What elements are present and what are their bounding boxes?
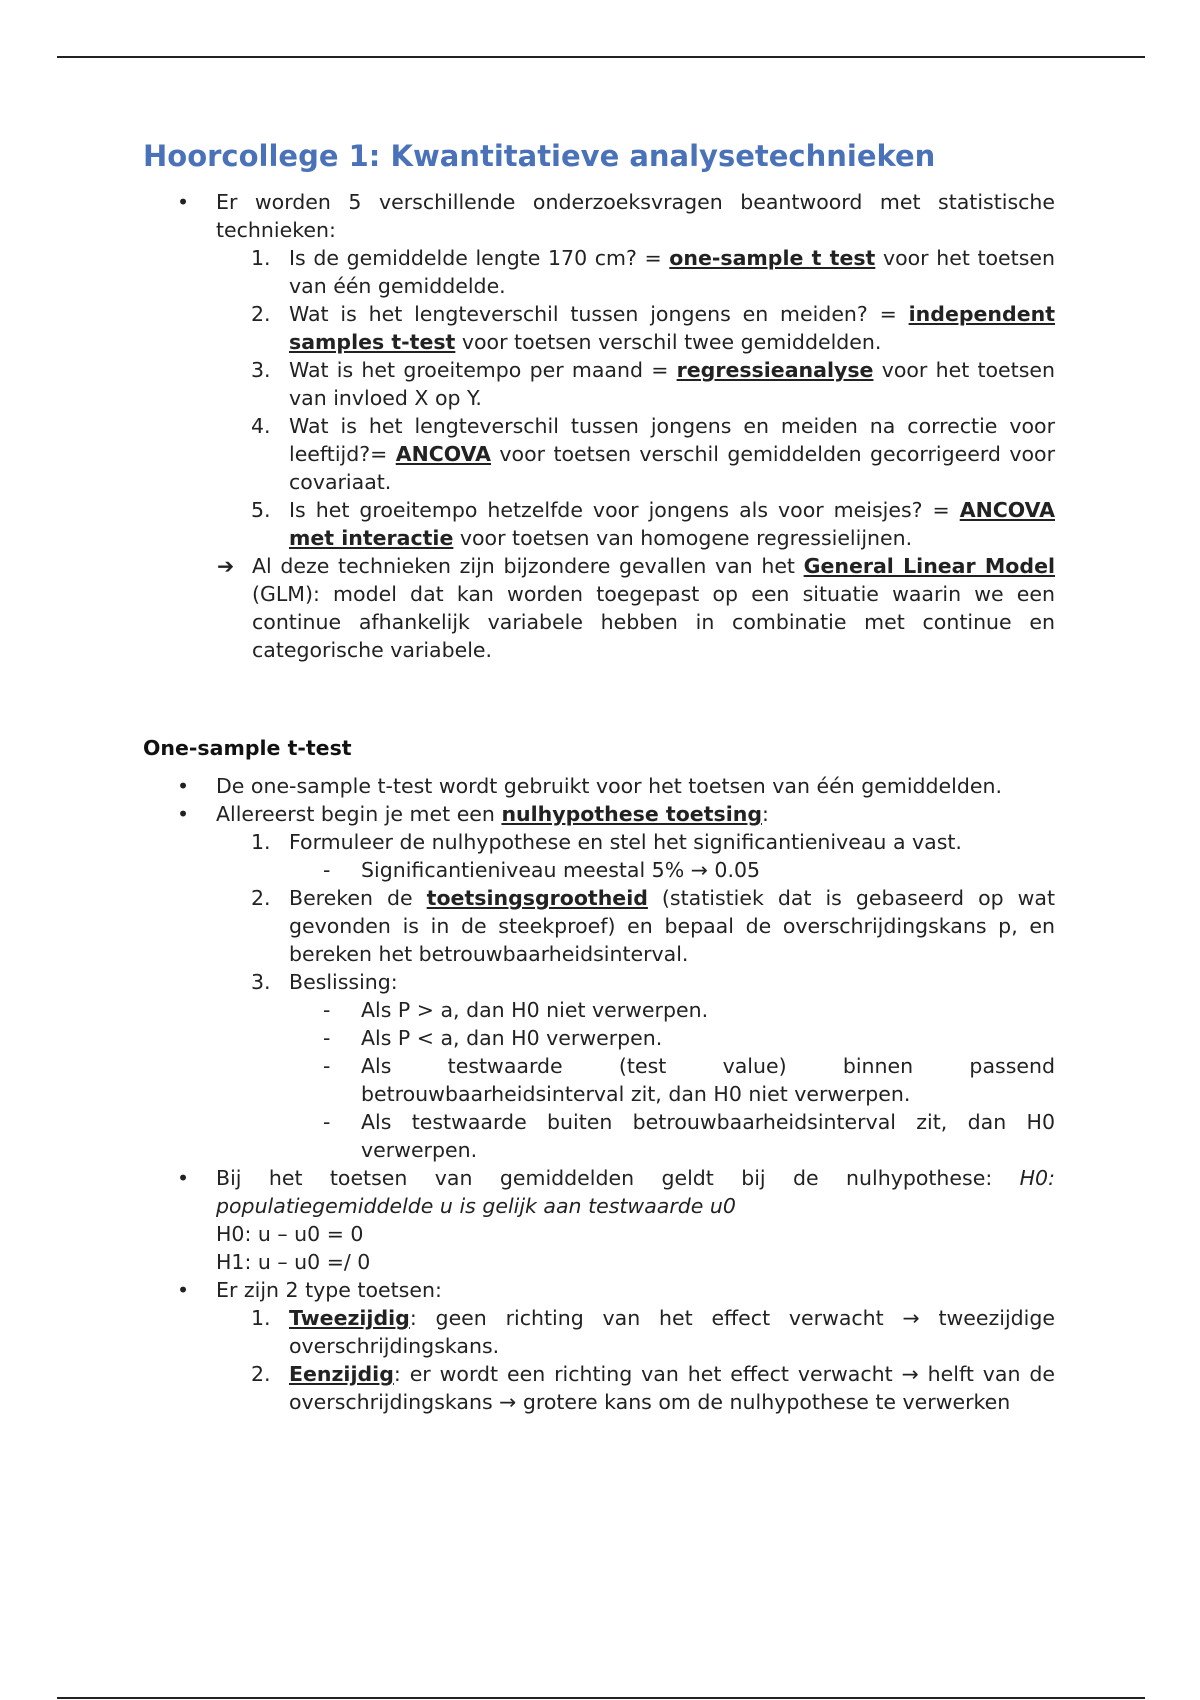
h0-line: H0: u – u0 = 0	[143, 1220, 1055, 1248]
dash-icon: -	[323, 996, 330, 1024]
list-item: • Bij het toetsen van gemiddelden geldt …	[143, 1164, 1055, 1220]
h1-line: H1: u – u0 =/ 0	[143, 1248, 1055, 1276]
footer-rule	[57, 1697, 1145, 1699]
list-item: 4. Wat is het lengteverschil tussen jong…	[143, 412, 1055, 496]
bullet-icon: •	[177, 1276, 189, 1304]
bullet-icon: •	[177, 1164, 189, 1192]
list-item: 2. Eenzijdig: er wordt een richting van …	[143, 1360, 1055, 1416]
dash-icon: -	[323, 1052, 330, 1080]
term: regressieanalyse	[677, 358, 874, 382]
term: toetsingsgrootheid	[427, 886, 648, 910]
list-item: - Significantieniveau meestal 5% → 0.05	[143, 856, 1055, 884]
list-item: - Als P < a, dan H0 verwerpen.	[143, 1024, 1055, 1052]
dash-icon: -	[323, 1024, 330, 1052]
list-item: - Als testwaarde buiten betrouwbaarheids…	[143, 1108, 1055, 1164]
arrow-icon: ➔	[217, 552, 234, 580]
term: nulhypothese toetsing	[501, 802, 762, 826]
term: Eenzijdig	[289, 1362, 394, 1386]
list-item: 5. Is het groeitempo hetzelfde voor jong…	[143, 496, 1055, 552]
list-item: • Er worden 5 verschillende onderzoeksvr…	[143, 188, 1055, 244]
list-item: 3. Beslissing:	[143, 968, 1055, 996]
list-item: 2. Wat is het lengteverschil tussen jong…	[143, 300, 1055, 356]
list-item: • Er zijn 2 type toetsen:	[143, 1276, 1055, 1304]
term: one-sample t test	[669, 246, 875, 270]
list-item: 1. Is de gemiddelde lengte 170 cm? = one…	[143, 244, 1055, 300]
term: ANCOVA	[396, 442, 491, 466]
conclusion: ➔ Al deze technieken zijn bijzondere gev…	[143, 552, 1055, 664]
list-item: 1. Formuleer de nulhypothese en stel het…	[143, 828, 1055, 856]
term: Tweezijdig	[289, 1306, 410, 1330]
list-item: • De one-sample t-test wordt gebruikt vo…	[143, 772, 1055, 800]
bullet-icon: •	[177, 772, 189, 800]
document-body: Hoorcollege 1: Kwantitatieve analysetech…	[143, 136, 1055, 1416]
list-item: • Allereerst begin je met een nulhypothe…	[143, 800, 1055, 828]
list-item: - Als testwaarde (test value) binnen pas…	[143, 1052, 1055, 1108]
list-item: 2. Bereken de toetsingsgrootheid (statis…	[143, 884, 1055, 968]
list-item: 3. Wat is het groeitempo per maand = reg…	[143, 356, 1055, 412]
dash-icon: -	[323, 856, 330, 884]
page-title: Hoorcollege 1: Kwantitatieve analysetech…	[143, 136, 1055, 176]
bullet-icon: •	[177, 188, 189, 216]
bullet-icon: •	[177, 800, 189, 828]
list-item: 1. Tweezijdig: geen richting van het eff…	[143, 1304, 1055, 1360]
dash-icon: -	[323, 1108, 330, 1136]
list-item: - Als P > a, dan H0 niet verwerpen.	[143, 996, 1055, 1024]
header-rule	[57, 56, 1145, 58]
term: General Linear Model	[804, 554, 1055, 578]
section-heading: One-sample t-test	[143, 734, 1055, 762]
